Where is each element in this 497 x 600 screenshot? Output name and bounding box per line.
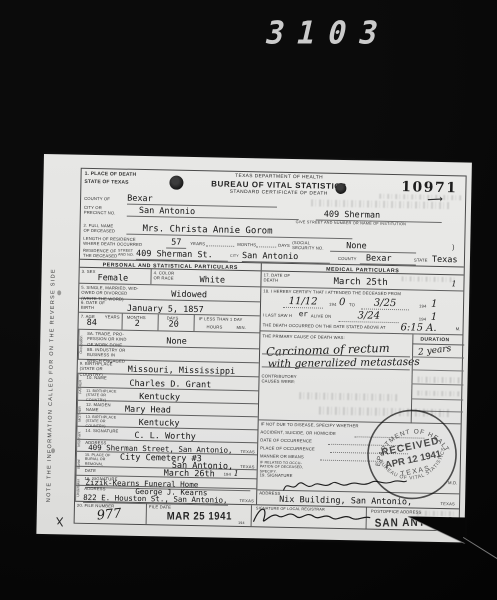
county-label: COUNTY OF (84, 196, 110, 202)
race-label: 4. COLOR OR RACE (153, 270, 174, 281)
file-date-label: FILE DATE (149, 504, 171, 510)
city-label: CITY OR PRECINCT NO. (84, 205, 116, 216)
informant-signature-label: 14. SIGNATURE (85, 428, 118, 434)
sex-value: Female (97, 274, 128, 283)
reverse-side-note: NOTE THE INFORMATION CALLED FOR ON THE R… (45, 242, 62, 528)
texas-small: TEXAS (240, 449, 255, 454)
hours-label: HOURS (207, 324, 223, 330)
death-certificate-paper: NOTE THE INFORMATION CALLED FOR ON THE R… (36, 154, 472, 543)
residence-length-label: LENGTH OF RESIDENCE WHERE DEATH OCCURRED (83, 236, 142, 248)
burial-year-digit: 1 (234, 470, 239, 478)
stamp-residue (402, 276, 458, 282)
dob-label: 6. DATE OF BIRTH (81, 300, 105, 311)
printed-194: 194 (419, 304, 427, 309)
leader-line (206, 245, 234, 247)
texas-small: TEXAS (440, 501, 455, 506)
last-saw-year: 1 (431, 313, 438, 323)
paper-corner-fold (407, 516, 466, 543)
file-date-small-194: 194 (238, 520, 245, 525)
personal-column: 3. SEX Female 4. COLOR OR RACE White 5. … (75, 268, 262, 505)
primary-cause-value-area: Carcinoma of rectum with generalized met… (260, 341, 463, 375)
full-name-label: 2. FULL NAME OF DECEASED (83, 223, 115, 234)
accident-label: ACCIDENT, SUICIDE, OR HOMICIDE (260, 429, 336, 436)
min-label: MIN. (237, 325, 247, 330)
street-and-no-label: STREET AND NO. (118, 249, 134, 258)
father-birthplace-value: Kentucky (139, 393, 180, 402)
file-date-cell: FILE DATE MAR 25 1941 194 (147, 503, 252, 526)
mother-name-value: Mary Head (125, 406, 171, 415)
registrar-signature (248, 501, 378, 530)
stray-pen-line (463, 537, 497, 560)
to-label: TO (349, 302, 355, 307)
file-number-value: 977 (96, 507, 122, 522)
date-occurrence-label: DATE OF OCCURRENCE (260, 437, 312, 443)
last-saw-label: I LAST SAW H (263, 312, 292, 318)
printed-194: 194 (329, 302, 337, 307)
street-note: GIVE STREET AND NUMBER OR NAME OF INSTIT… (296, 220, 406, 226)
father-name-label: 10. NAME (86, 375, 106, 381)
place-of-death-label: 1. PLACE OF DEATH (85, 171, 137, 178)
res-county-label: COUNTY (338, 256, 357, 262)
paren-close: ) (452, 244, 455, 253)
stamp-residue (417, 391, 459, 397)
duration-cell-line (411, 383, 463, 385)
handwritten-mark (54, 514, 66, 528)
alive-on-label: ALIVE ON (311, 313, 332, 319)
age-years-value: 84 (87, 319, 97, 328)
mother-name-label: 12. MAIDEN NAME (86, 402, 111, 413)
not-disease-label: IF NOT DUE TO DISEASE, SPECIFY WHETHER (261, 421, 359, 428)
leader-line (256, 246, 276, 247)
burial-date-label: DATE (85, 468, 97, 473)
date-of-death-value: March 25th (333, 278, 387, 288)
file-number-cell: 20. FILE NUMBER 977 (75, 502, 147, 524)
place-occurrence-label: PLACE OF OCCURRENCE (260, 445, 315, 451)
less-than-day-label: IF LESS THAN 1 DAY (199, 316, 243, 322)
trade-label: 8A. TRADE, PRO- FESSION OR KIND OF WORK … (87, 331, 127, 348)
date-of-death-label: 17. DATE OF DEATH (263, 272, 290, 283)
primary-cause-label: THE PRIMARY CAUSE OF DEATH WAS: (262, 333, 345, 340)
res-city-label: CITY (230, 254, 239, 259)
stamp-residue (299, 392, 399, 401)
postoffice-label: POSTOFFICE ADDRESS (371, 509, 422, 515)
received-stamp: DEPARTMENT OF HEALTH BUREAU OF VITAL STA… (358, 400, 467, 509)
certify-label: 18. I HEREBY CERTIFY THAT I ATTENDED THE… (263, 288, 401, 296)
attended-from-value: 11/12 (283, 297, 323, 309)
state-of-texas-label: STATE OF TEXAS (84, 179, 128, 186)
residence-label: RESIDENCE OF THE DECEASED (83, 248, 118, 259)
attended-to-value: 3/25 (361, 298, 409, 310)
last-saw-er: er (299, 310, 308, 318)
age-years-label: YEARS (105, 314, 120, 320)
m-label: M. (456, 326, 461, 331)
res-county-value: Bexar (360, 254, 416, 265)
marital-value: Widowed (171, 291, 207, 300)
stamp-residue (417, 511, 457, 517)
funeral-address-label: ADDRESS (84, 486, 105, 492)
duration-cell-line (412, 369, 464, 371)
registrar-signature-cell: SIGNATURE OF LOCAL REGISTRAR (252, 505, 367, 528)
sex-label: 3. SEX (82, 269, 96, 275)
years-label: YEARS (190, 241, 205, 247)
age-days-value: 20 (169, 321, 179, 330)
physician-address-label: ADDRESS (259, 490, 280, 496)
contributory-label: CONTRIBUTORY CAUSES WERE: (261, 373, 296, 384)
res-state-value: Texas (432, 256, 458, 265)
stamp-residue (311, 199, 451, 209)
manner-label: MANNER OR MEANS (260, 453, 304, 459)
attended-from-year: 0 (339, 298, 346, 308)
ssn-label: (SOCIAL SECURITY NO. (292, 240, 324, 251)
microfilm-scan: 3103 NOTE THE INFORMATION CALLED FOR ON … (0, 0, 497, 600)
file-date-stamp: MAR 25 1941 (167, 510, 232, 523)
duration-cell-line (411, 398, 463, 400)
occurred-label: THE DEATH OCCURRED ON THE DATE STATED AB… (263, 322, 386, 330)
residence-street-value: 409 Sherman St. (136, 250, 228, 261)
mother-birthplace-value: Kentucky (139, 419, 180, 428)
residence-years-value: 57 (166, 238, 186, 248)
burial-place-label: 15. PLACE OF BURIAL OR REMOVAL (85, 453, 111, 467)
printed-194: 194 (419, 317, 427, 322)
printed-194: 194 (224, 472, 232, 477)
occurred-time: 6:15 A. (400, 323, 446, 335)
res-city-value: San Antonio (242, 252, 330, 263)
res-state-label: STATE (414, 257, 428, 263)
days-label: DAYS (278, 243, 290, 248)
certificate-form: 1. PLACE OF DEATH STATE OF TEXAS TEXAS D… (74, 168, 467, 532)
age-months-value: 2 (135, 320, 140, 329)
duration-column-border (411, 374, 412, 388)
texas-small: TEXAS (240, 464, 255, 469)
attended-to-year: 1 (431, 300, 438, 310)
film-frame-number: 3103 (262, 15, 395, 52)
dod-year-digit: 1 (451, 280, 456, 288)
stamp-residue (417, 377, 459, 384)
race-value: White (199, 276, 225, 285)
months-label: MONTHS (237, 242, 256, 248)
trade-value: None (166, 337, 187, 346)
